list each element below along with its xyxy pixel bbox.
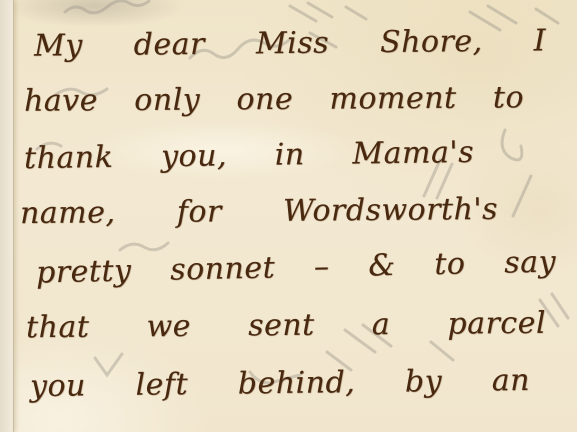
letter-line: you left behind, by an	[30, 363, 530, 404]
letter-scan: My dear Miss Shore, I have only one mome…	[0, 0, 577, 432]
letter-line: name, for Wordsworth's	[20, 192, 498, 231]
letter-line: pretty sonnet – & to say	[36, 245, 557, 291]
letter-line: My dear Miss Shore, I	[34, 23, 546, 63]
letter-line: thank you, in Mama's	[24, 135, 474, 176]
letter-line: that we sent a parcel	[26, 306, 546, 346]
letter-line: have only one moment to	[24, 80, 524, 118]
letter-body: My dear Miss Shore, I have only one mome…	[0, 0, 577, 432]
